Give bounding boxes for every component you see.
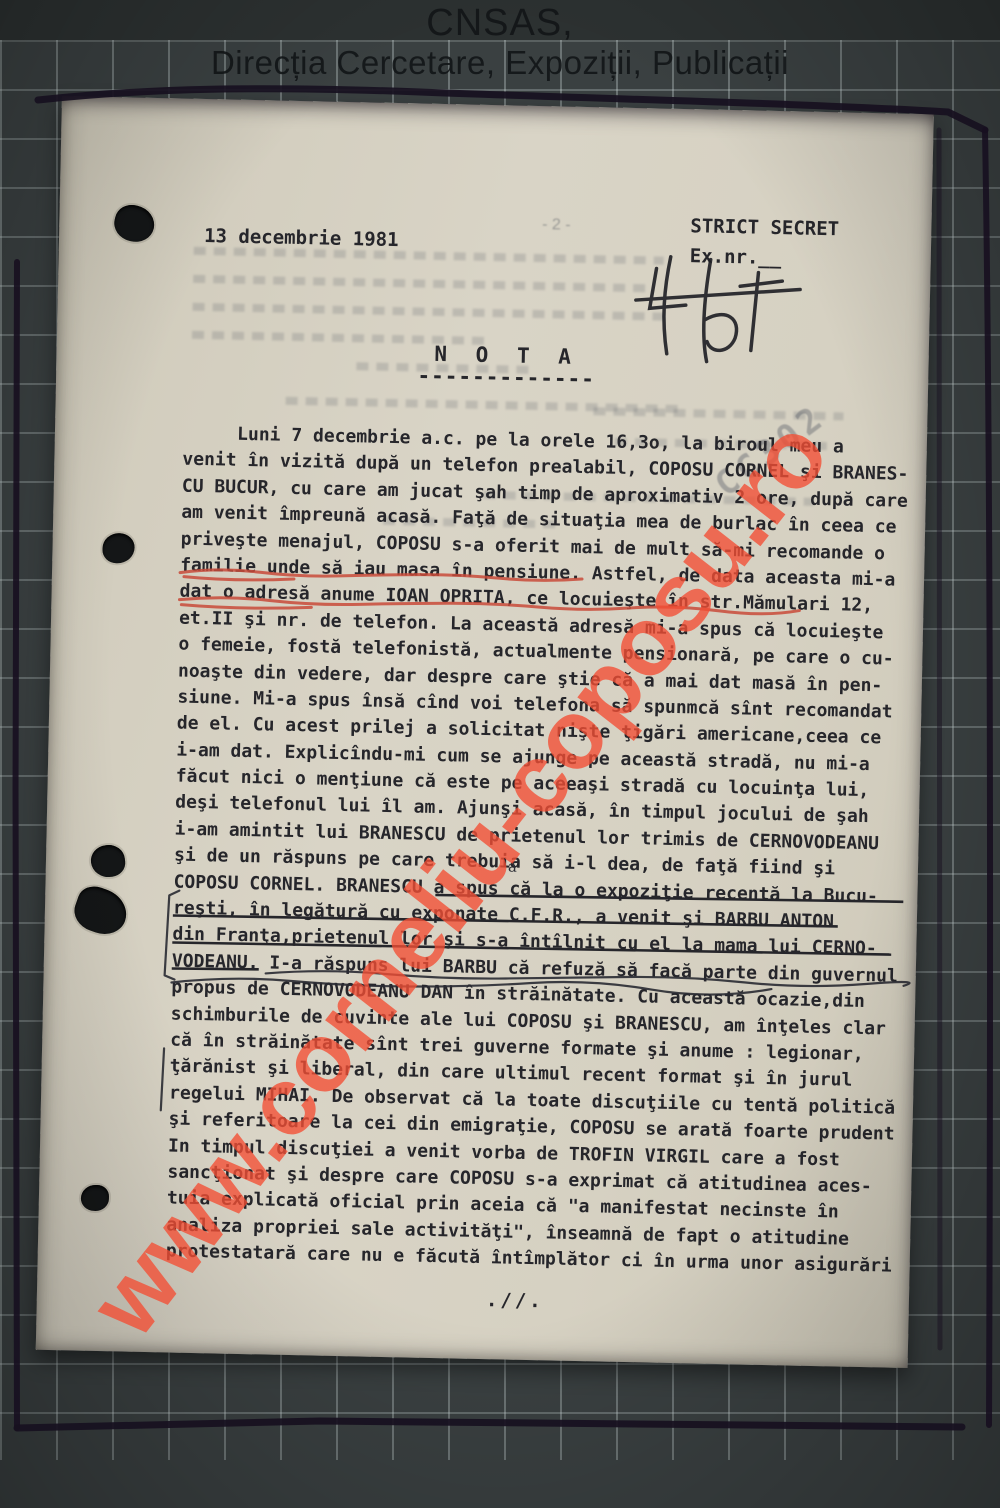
archive-caption-dept: Direcția Cercetare, Expoziții, Publicați… [0, 44, 1000, 82]
end-of-page-mark: .//. [445, 1288, 585, 1313]
document-date: 13 decembrie 1981 [204, 225, 399, 251]
punch-hole [111, 201, 158, 245]
archive-caption-org: CNSAS, [0, 2, 1000, 45]
punch-hole [89, 843, 127, 879]
ghost-page-number: - 2 - [511, 215, 601, 235]
ghost-bleedthrough [194, 247, 664, 265]
punch-hole [102, 533, 135, 564]
ghost-bleedthrough [193, 275, 648, 293]
punch-hole [69, 882, 133, 941]
classification-block: STRICT SECRETEx.nr.__ [689, 211, 839, 274]
title-underline: ------------- [356, 362, 656, 392]
punch-hole [81, 1185, 110, 1212]
photo-of-archive-document: { "header": { "org": "CNSAS,", "dept": "… [0, 0, 1000, 1508]
classification-label: STRICT SECRET [690, 215, 839, 240]
ghost-bleedthrough [193, 303, 668, 321]
copy-number-label: Ex.nr.__ [690, 245, 782, 269]
